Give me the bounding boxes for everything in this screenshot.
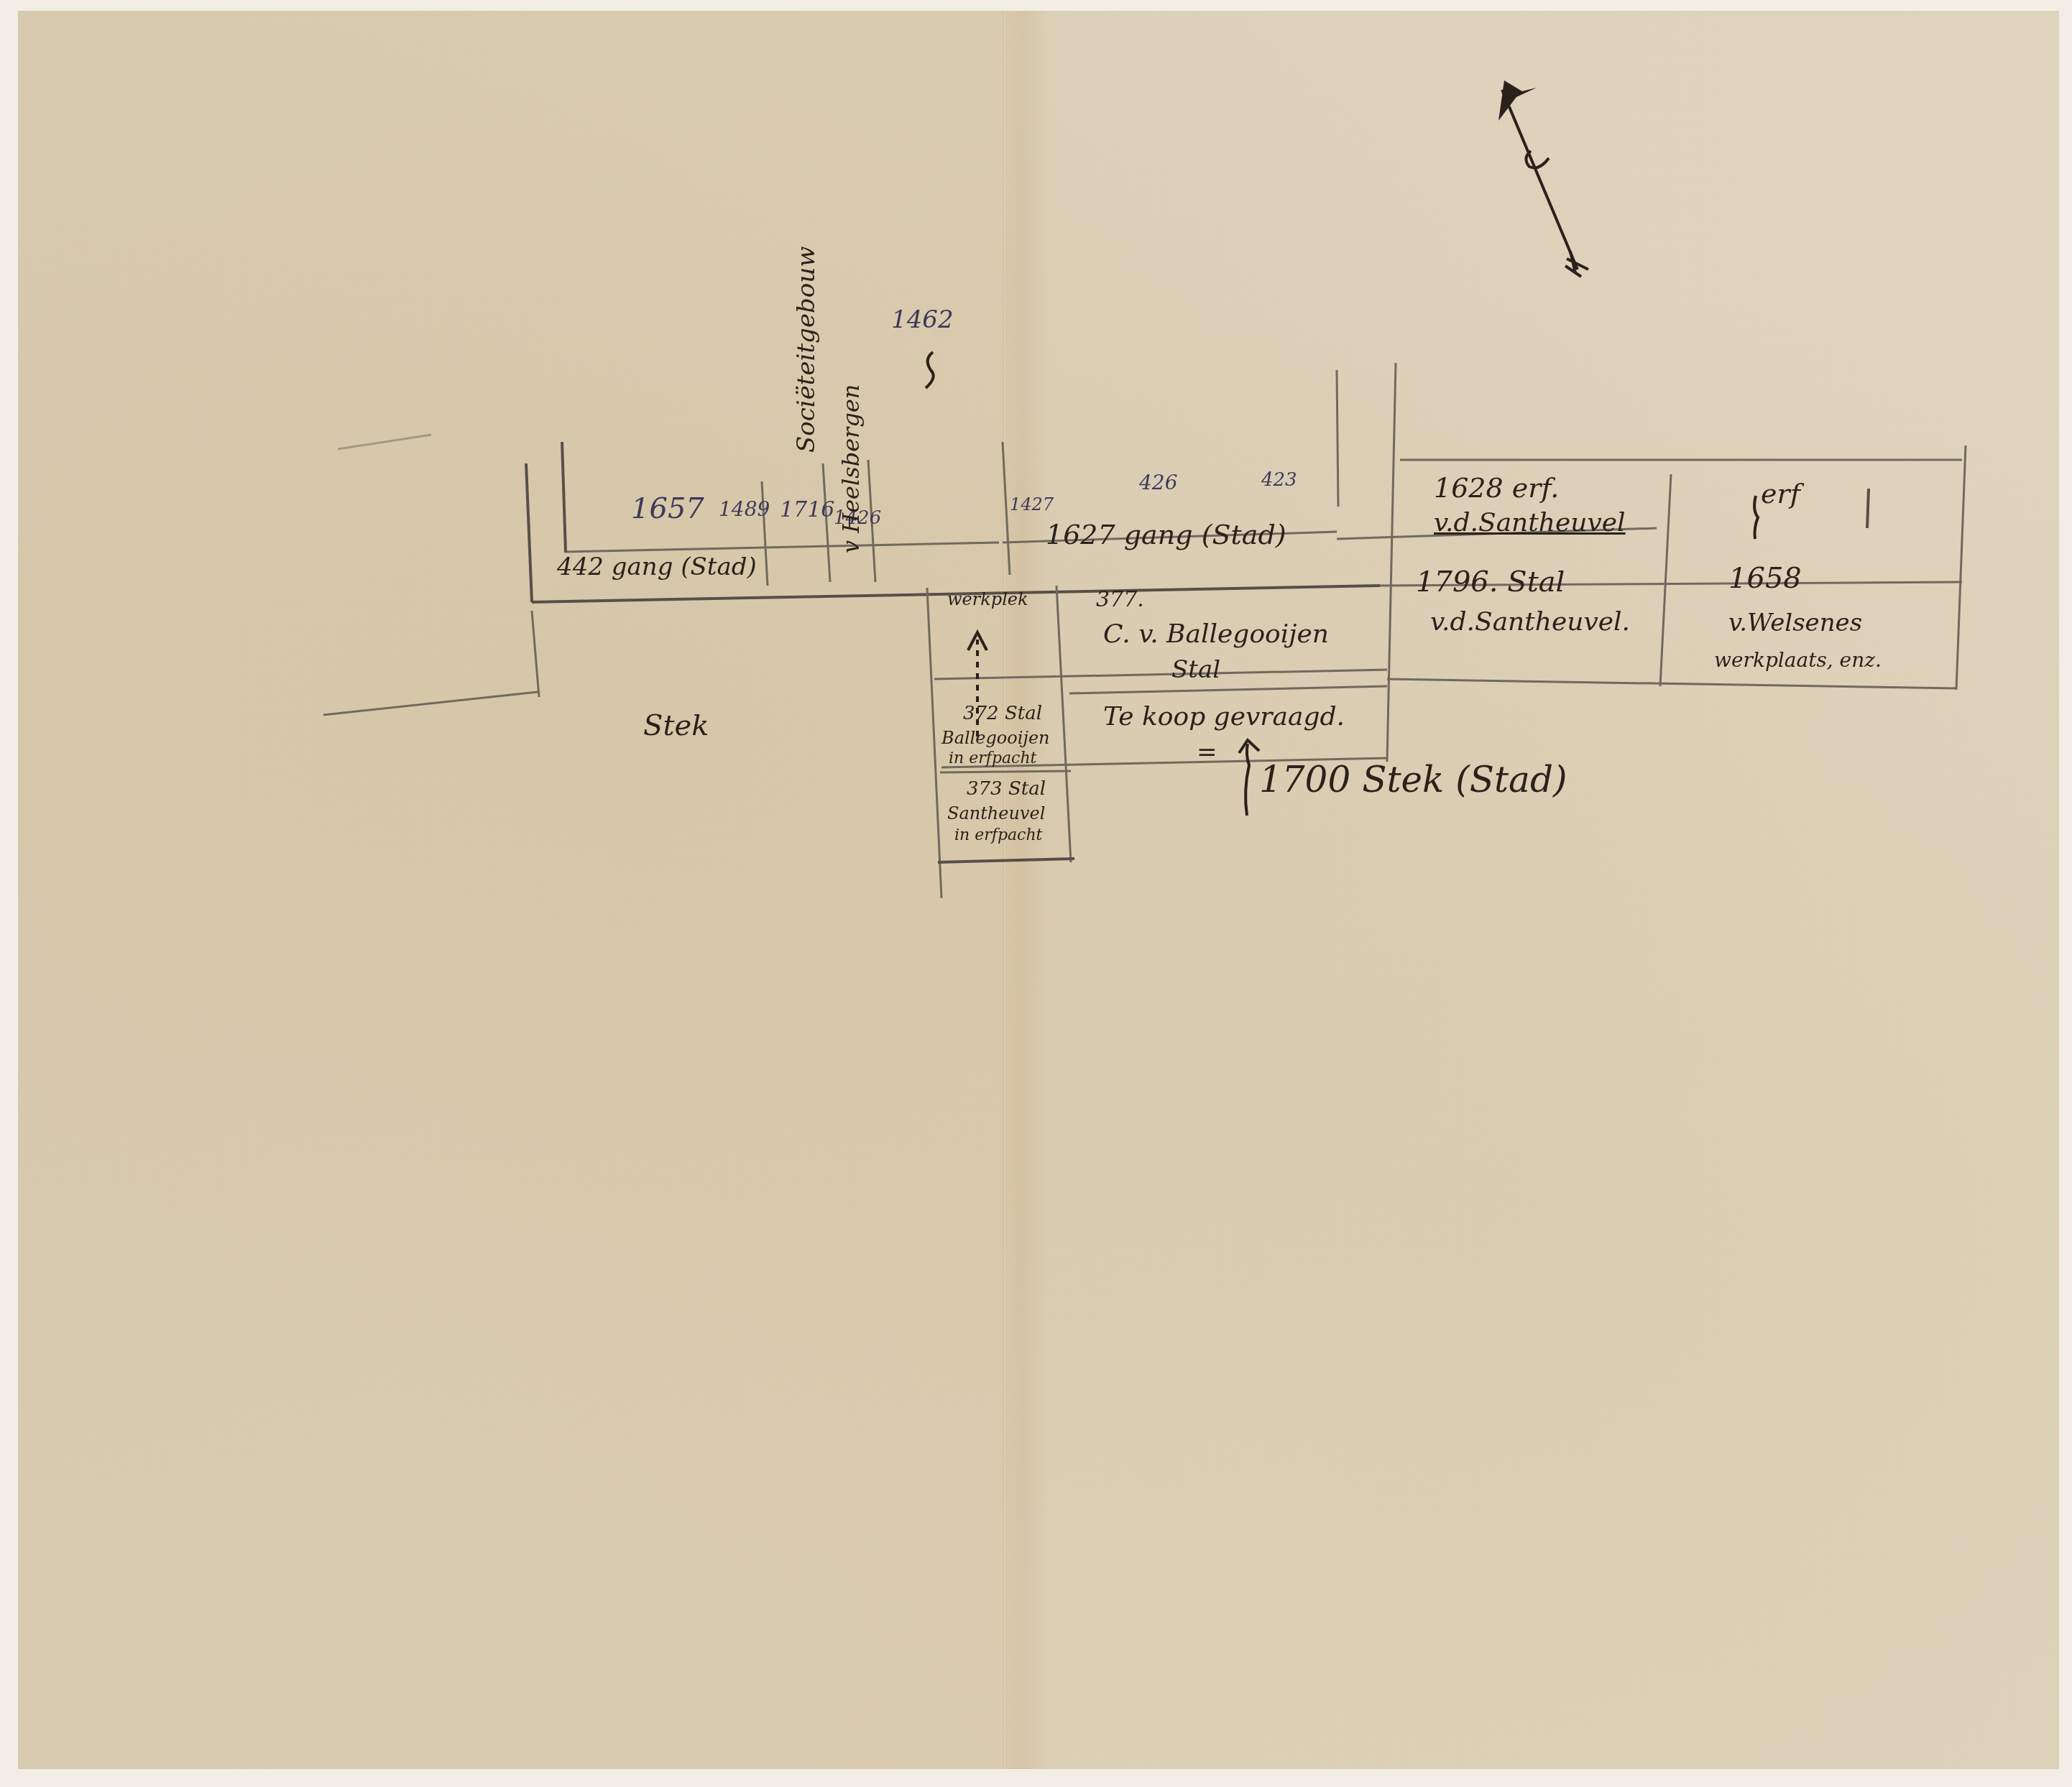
parcel-377-stal: Stal <box>1171 657 1220 682</box>
stek-label-left: Stek <box>643 711 709 740</box>
erf-1628-line2: v.d.Santheuvel <box>1434 510 1626 536</box>
parcel-number-1462: 1462 <box>891 308 954 332</box>
vline-j <box>1956 445 1966 690</box>
parcel-1658-line3: werkplaats, enz. <box>1714 650 1882 670</box>
left-wall-upper <box>526 463 532 602</box>
te-koop-label: Te koop gevraagd. <box>1103 704 1345 730</box>
stek-1700-label: 1700 Stek (Stad) <box>1259 762 1567 798</box>
parcel-number-1657: 1657 <box>631 494 704 523</box>
vline-c <box>823 463 830 582</box>
parcel-number-1716: 1716 <box>780 499 834 521</box>
parcel-373-line2: Santheuvel <box>947 805 1045 822</box>
right-bottom-line <box>1387 679 1956 688</box>
parcel-number-1489: 1489 <box>719 499 770 520</box>
center-hline-2 <box>1069 686 1387 693</box>
band-inner-line <box>564 542 999 552</box>
vline-g <box>1387 363 1396 762</box>
center-hline-1 <box>934 670 1387 679</box>
gang-442-label: 442 gang (Stad) <box>557 555 757 579</box>
sketch-lines <box>0 0 2072 1787</box>
equals-mark: = <box>1197 740 1217 765</box>
stal-1796-line1: 1796. Stal <box>1416 568 1565 596</box>
erf-brace <box>1754 496 1758 539</box>
center-hline-5 <box>938 859 1074 862</box>
north-arrow-icon <box>1498 80 1588 277</box>
parcel-373-line3: in erfpacht <box>954 828 1042 844</box>
vline-i <box>1867 489 1869 528</box>
parcel-number-426: 426 <box>1139 473 1177 493</box>
vline-a <box>562 442 566 552</box>
stal-1796-line2: v.d.Santheuvel. <box>1430 609 1630 635</box>
gang-1627-label: 1627 gang (Stad) <box>1046 521 1286 548</box>
parcel-377-owner: C. v. Ballegooijen <box>1103 622 1329 647</box>
erf-1628-line1: 1628 erf. <box>1434 474 1559 502</box>
societeit-label-line1: Sociëteitgebouw <box>794 246 819 453</box>
werkplek-label: werkplek <box>947 591 1028 608</box>
parcel-number-1427: 1427 <box>1010 496 1054 513</box>
stek-arrow-head <box>1239 740 1259 753</box>
center-mid-wall <box>1056 586 1071 862</box>
parcel-number-423: 423 <box>1261 471 1297 489</box>
vline-f <box>1337 370 1338 507</box>
bracket-1462 <box>926 352 934 388</box>
parcel-372-line1: 372 Stal <box>963 704 1042 723</box>
center-hline-4 <box>940 771 1071 772</box>
parcel-377-number: 377. <box>1096 589 1144 611</box>
stek-arrow-line <box>1245 744 1249 816</box>
vline-h <box>1660 474 1671 686</box>
vline-e <box>1003 442 1010 575</box>
parcel-1658-line1: 1658 <box>1728 564 1802 593</box>
bottom-left-line <box>323 692 538 715</box>
parcel-372-line2: Ballegooijen <box>941 729 1050 747</box>
parcel-1658-line2: v.Welsenes <box>1728 611 1862 635</box>
parcel-372-line3: in erfpacht <box>949 751 1036 767</box>
left-wall-lower <box>532 611 539 697</box>
faint-line <box>338 435 431 449</box>
erf-label: erf <box>1761 480 1800 507</box>
societeit-label-line2: v Heelsbergen <box>839 384 862 553</box>
parcel-373-line1: 373 Stal <box>967 780 1046 798</box>
center-left-wall <box>927 588 941 898</box>
